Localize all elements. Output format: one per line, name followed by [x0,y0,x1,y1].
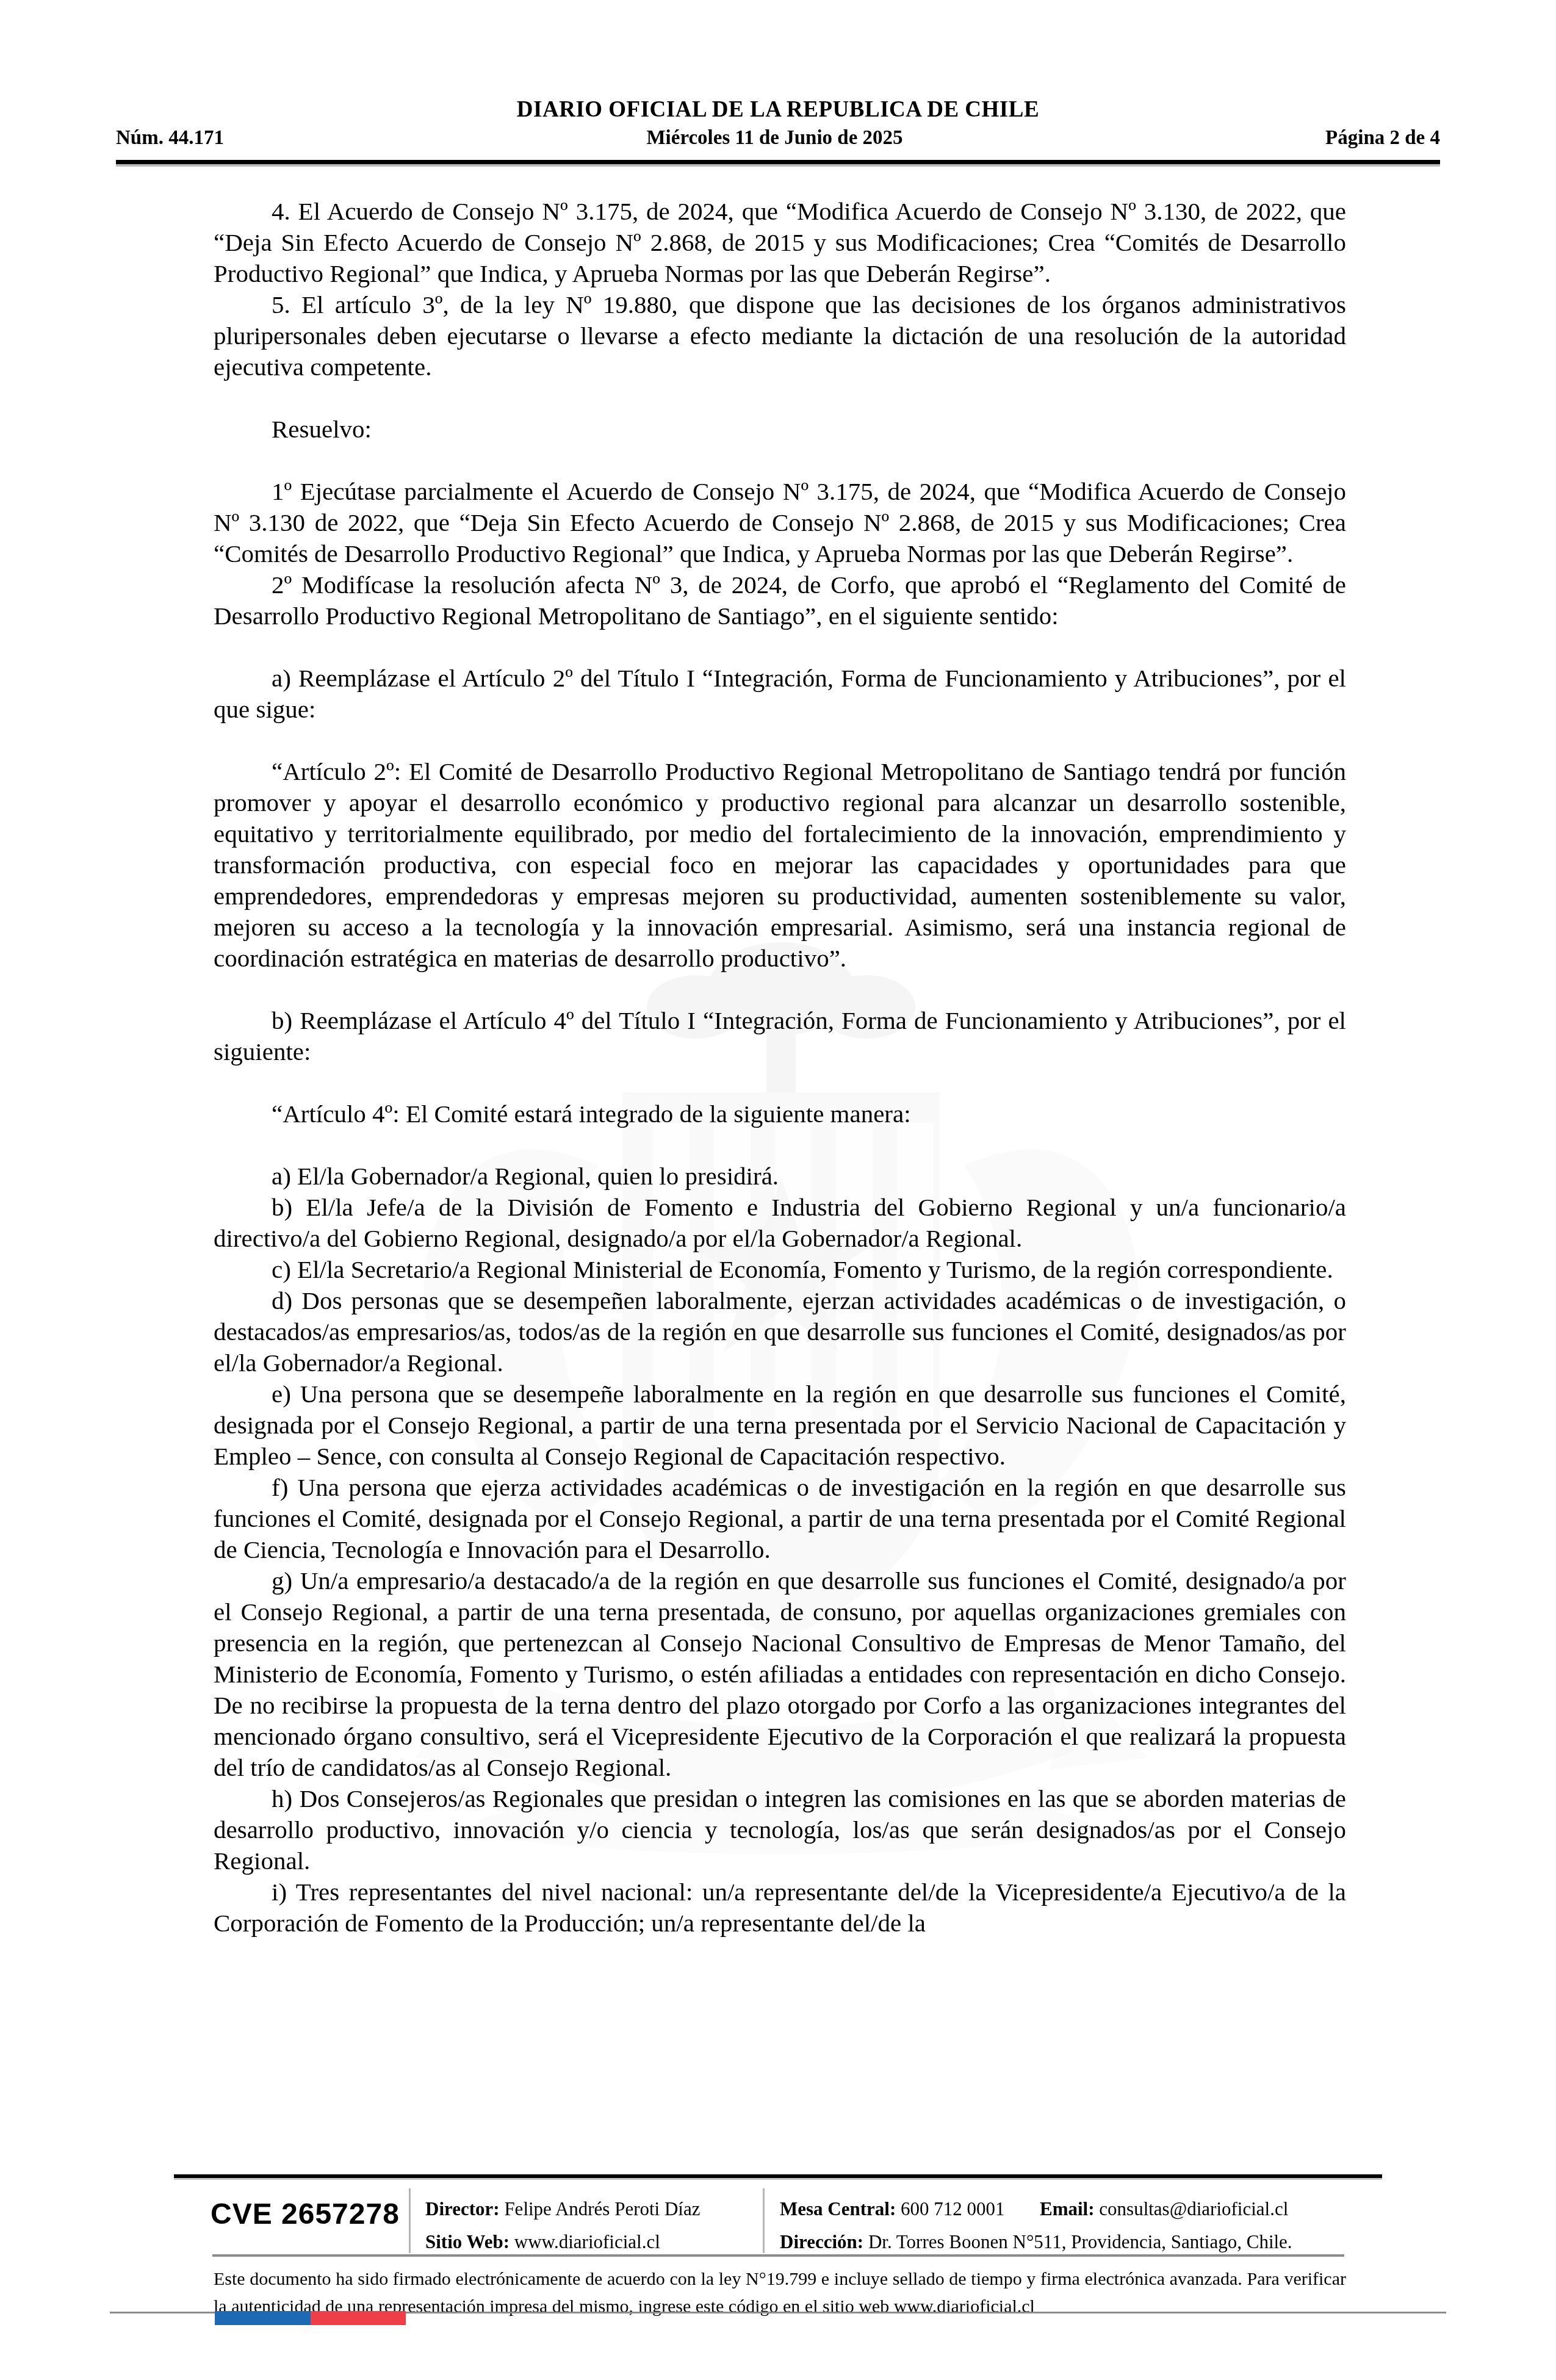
mesa-central-value: 600 712 0001 [901,2198,1005,2220]
sitio-web-label: Sitio Web: [425,2231,510,2252]
body-paragraph: h) Dos Consejeros/as Regionales que pres… [214,1783,1346,1877]
email-label: Email: [1040,2198,1095,2220]
direccion-label: Dirección: [780,2231,863,2252]
masthead-title: DIARIO OFICIAL DE LA REPUBLICA DE CHILE [0,96,1556,123]
resolution-body: 4. El Acuerdo de Consejo Nº 3.175, de 20… [214,196,1346,1939]
issue-number: Núm. 44.171 [116,127,224,150]
body-paragraph: c) El/la Secretario/a Regional Ministeri… [214,1254,1346,1285]
body-paragraph: g) Un/a empresario/a destacado/a de la r… [214,1565,1346,1783]
body-paragraph: b) El/la Jefe/a de la División de Foment… [214,1192,1346,1254]
body-paragraph: 5. El artículo 3º, de la ley Nº 19.880, … [214,289,1346,383]
body-paragraph: f) Una persona que ejerza actividades ac… [214,1472,1346,1565]
header-date: Miércoles 11 de Junio de 2025 [646,127,902,150]
sitio-web-value: www.diarioficial.cl [514,2231,660,2252]
header-row: Núm. 44.171 Miércoles 11 de Junio de 202… [116,127,1440,150]
document-page: DIARIO OFICIAL DE LA REPUBLICA DE CHILE … [0,0,1556,2380]
mesa-central-label: Mesa Central: [780,2198,896,2220]
page-indicator: Página 2 de 4 [1325,127,1440,150]
body-paragraph: a) Reemplázase el Artículo 2º del Título… [214,663,1346,725]
direccion-value: Dr. Torres Boonen N°511, Providencia, Sa… [868,2231,1292,2252]
chile-flag-bar [215,2311,406,2325]
director-line: Director: Felipe Andrés Peroti Díaz [425,2193,701,2226]
header-rule [116,160,1440,164]
body-paragraph: a) El/la Gobernador/a Regional, quien lo… [214,1161,1346,1192]
footer-divider-2 [763,2188,765,2253]
body-paragraph: e) Una persona que se desempeñe laboralm… [214,1379,1346,1472]
direccion-line: Dirección: Dr. Torres Boonen N°511, Prov… [780,2226,1292,2259]
director-value: Felipe Andrés Peroti Díaz [504,2198,700,2220]
footer-contact-block: Mesa Central: 600 712 0001 Email: consul… [780,2193,1292,2259]
body-paragraph: d) Dos personas que se desempeñen labora… [214,1285,1346,1379]
body-paragraph: “Artículo 4º: El Comité estará integrado… [214,1098,1346,1130]
body-paragraph: “Artículo 2º: El Comité de Desarrollo Pr… [214,756,1346,974]
body-paragraph: 2º Modifícase la resolución afecta Nº 3,… [214,569,1346,632]
body-paragraph: i) Tres representantes del nivel naciona… [214,1877,1346,1939]
sitio-web-line: Sitio Web: www.diarioficial.cl [425,2226,701,2259]
flag-red-segment [311,2311,406,2325]
body-paragraph: Resuelvo: [214,414,1346,445]
body-paragraph: 4. El Acuerdo de Consejo Nº 3.175, de 20… [214,196,1346,289]
footer-director-block: Director: Felipe Andrés Peroti Díaz Siti… [425,2193,701,2259]
footer-divider-1 [409,2188,411,2253]
email-value: consultas@diarioficial.cl [1099,2198,1288,2220]
cve-code: CVE 2657278 [211,2199,400,2230]
footer-top-rule [174,2174,1382,2178]
body-paragraph: 1º Ejecútase parcialmente el Acuerdo de … [214,476,1346,569]
director-label: Director: [425,2198,500,2220]
mesa-central-line: Mesa Central: 600 712 0001 Email: consul… [780,2193,1292,2226]
flag-blue-segment [215,2311,311,2325]
body-paragraph: b) Reemplázase el Artículo 4º del Título… [214,1005,1346,1067]
footer-gray-rule [212,2254,1344,2257]
